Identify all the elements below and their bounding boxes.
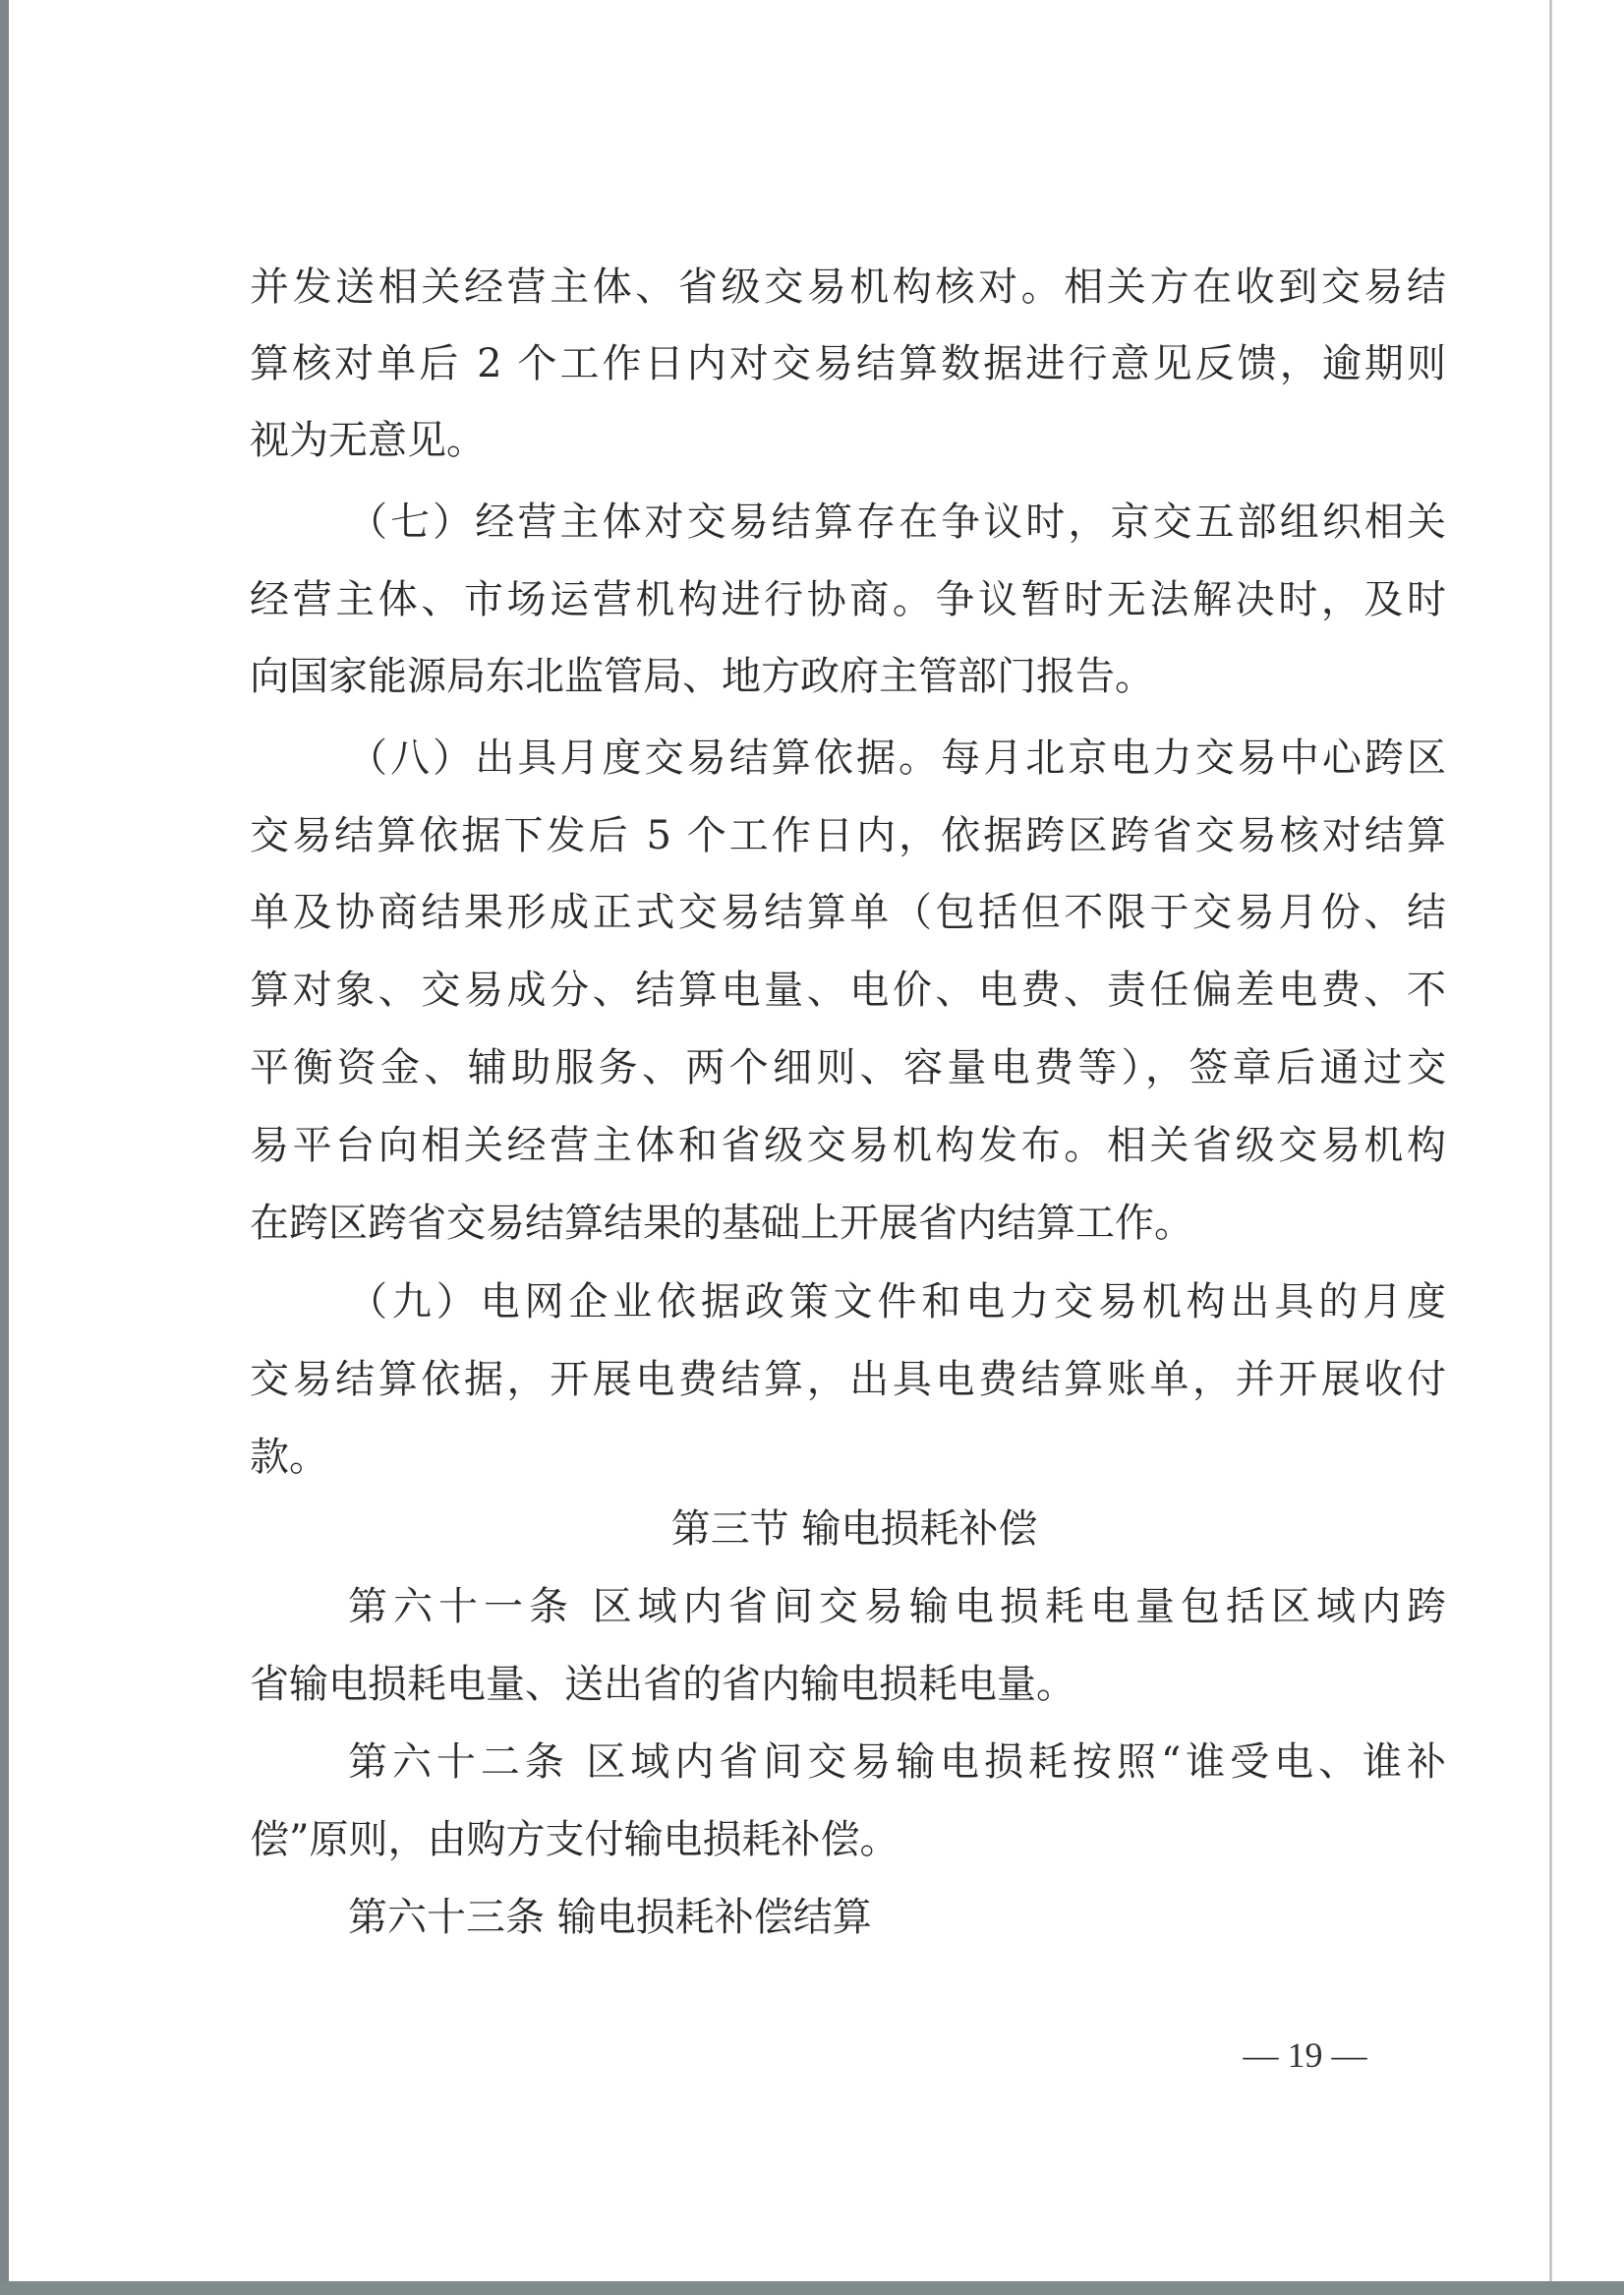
section-heading: 第三节 输电损耗补偿 <box>648 1500 1061 1559</box>
paragraph-line: 算对象、交易成分、结算电量、电价、电费、责任偏差电费、不 <box>250 961 1446 1020</box>
paragraph-line: 并发送相关经营主体、省级交易机构核对。相关方在收到交易结 <box>250 258 1446 317</box>
paragraph-line: 算核对单后 2 个工作日内对交易结算数据进行意见反馈，逾期则 <box>250 334 1446 393</box>
paragraph-line: （七）经营主体对交易结算存在争议时，京交五部组织相关 <box>348 493 1446 552</box>
paragraph-line: （八）出具月度交易结算依据。每月北京电力交易中心跨区 <box>348 729 1446 788</box>
article-line: 省输电损耗电量、送出省的省内输电损耗电量。 <box>250 1655 1446 1714</box>
article-line: 第六十一条 区域内省间交易输电损耗电量包括区域内跨 <box>348 1577 1446 1636</box>
paragraph-line: 向国家能源局东北监管局、地方政府主管部门报告。 <box>250 647 1446 706</box>
paragraph-line: 单及协商结果形成正式交易结算单（包括但不限于交易月份、结 <box>250 883 1446 942</box>
scan-right-rule <box>1549 0 1552 2281</box>
paragraph-line: 易平台向相关经营主体和省级交易机构发布。相关省级交易机构 <box>250 1116 1446 1175</box>
paragraph-line: 经营主体、市场运营机构进行协商。争议暂时无法解决时，及时 <box>250 570 1446 629</box>
paragraph-line: （九）电网企业依据政策文件和电力交易机构出具的月度 <box>348 1272 1446 1331</box>
article-line: 偿”原则，由购方支付输电损耗补偿。 <box>250 1810 1446 1869</box>
paragraph-line: 在跨区跨省交易结算结果的基础上开展省内结算工作。 <box>250 1194 1446 1253</box>
paragraph-line: 交易结算依据下发后 5 个工作日内，依据跨区跨省交易核对结算 <box>250 806 1446 865</box>
paragraph-line: 交易结算依据，开展电费结算，出具电费结算账单，并开展收付 <box>250 1350 1446 1409</box>
article-line: 第六十三条 输电损耗补偿结算 <box>348 1888 1446 1947</box>
scan-bottom-border <box>0 2281 1624 2295</box>
paragraph-line: 款。 <box>250 1428 1446 1487</box>
paragraph-line: 平衡资金、辅助服务、两个细则、容量电费等），签章后通过交 <box>250 1038 1446 1097</box>
scan-left-border <box>0 0 9 2295</box>
article-line: 第六十二条 区域内省间交易输电损耗按照“谁受电、谁补 <box>348 1733 1446 1792</box>
page-number: — 19 — <box>1224 2028 1386 2083</box>
document-page: 并发送相关经营主体、省级交易机构核对。相关方在收到交易结 算核对单后 2 个工作… <box>9 0 1549 2281</box>
paragraph-line: 视为无意见。 <box>250 411 1446 470</box>
